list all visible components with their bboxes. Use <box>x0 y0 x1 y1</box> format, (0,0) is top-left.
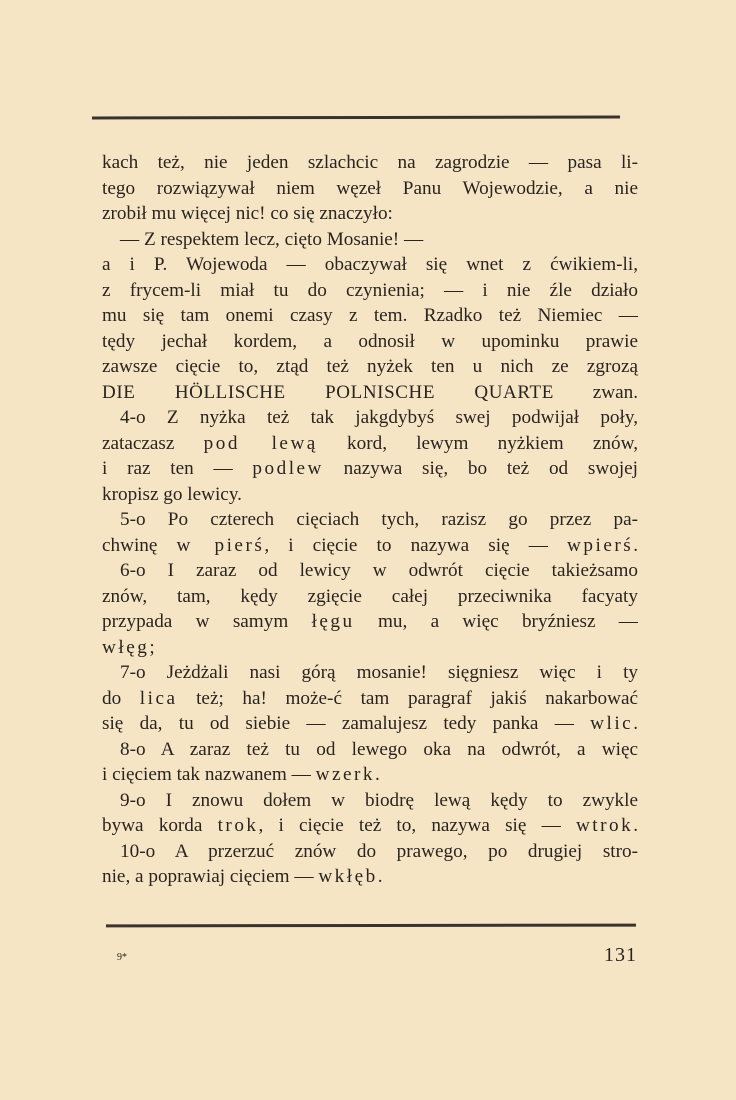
paragraph-9-start: 9-o I znowu dołem w biodrę lewą kędy to … <box>102 788 638 814</box>
spaced-term: w pierś <box>177 535 265 556</box>
spaced-term: wpierś <box>567 535 633 556</box>
text-fragment: kord, lewym nyżkiem znów, <box>318 433 638 454</box>
paragraph-8-start: 8-o A zaraz też tu od lewego oka na odwr… <box>102 737 638 763</box>
text-line: i cięciem tak nazwanem — wzerk. <box>102 762 638 788</box>
text-line: zataczasz pod lewą kord, lewym nyżkiem z… <box>102 431 638 457</box>
spaced-term: wkłęb <box>318 866 377 887</box>
text-line: i raz ten — podlew nazywa się, bo też od… <box>102 456 638 482</box>
page-body-text: kach też, nie jeden szlachcic na zagrodz… <box>102 150 638 890</box>
text-fragment: chwinę <box>102 535 177 556</box>
text-fragment: przypada w samym <box>102 611 312 632</box>
spaced-term: łęgu <box>312 611 355 632</box>
text-line: tędy jechał kordem, a odnosił w upominku… <box>102 329 638 355</box>
spaced-term: wtrok <box>576 815 633 836</box>
spaced-term: wzerk <box>316 764 375 785</box>
paragraph-10-start: 10-o A przerzuć znów do prawego, po drug… <box>102 839 638 865</box>
text-line: tego rozwiązywał niem węzeł Panu Wojewod… <box>102 176 638 202</box>
text-line: mu się tam onemi czasy z tem. Rzadko też… <box>102 303 638 329</box>
text-fragment: ; <box>149 637 154 658</box>
text-line: przypada w samym łęgu mu, a więc bryźnie… <box>102 609 638 635</box>
text-fragment: nie, a poprawiaj cięciem — <box>102 866 318 887</box>
text-fragment: . <box>633 815 638 836</box>
text-line: chwinę w pierś, i cięcie to nazywa się —… <box>102 533 638 559</box>
text-fragment: , i cięcie to nazywa się — <box>264 535 567 556</box>
text-fragment: do <box>102 688 140 709</box>
quoted-line: — Z respektem lecz, cięto Mosanie! — <box>102 227 638 253</box>
text-line: znów, tam, kędy zgięcie całej przeciwnik… <box>102 584 638 610</box>
text-fragment: bywa korda <box>102 815 218 836</box>
spaced-term: pod lewą <box>204 433 318 454</box>
text-fragment: też; ha! może-ć tam paragraf jakiś nakar… <box>178 688 639 709</box>
text-line: kropisz go lewicy. <box>102 482 638 508</box>
spaced-term: wlic <box>590 713 633 734</box>
text-line: włęg; <box>102 635 638 661</box>
text-fragment: . <box>378 866 383 887</box>
text-fragment: i raz ten — <box>102 458 252 479</box>
text-line: kach też, nie jeden szlachcic na zagrodz… <box>102 150 638 176</box>
text-fragment: zataczasz <box>102 433 204 454</box>
text-line: bywa korda trok, i cięcie też to, nazywa… <box>102 813 638 839</box>
spaced-term: trok <box>218 815 259 836</box>
text-fragment: nazywa się, bo też od swojej <box>324 458 638 479</box>
text-fragment: . <box>375 764 380 785</box>
top-rule <box>92 116 620 120</box>
spaced-term: włęg <box>102 637 149 658</box>
text-line: z frycem-li miał tu do czynienia; — i ni… <box>102 278 638 304</box>
paragraph-6-start: 6-o I zaraz od lewicy w odwrót cięcie ta… <box>102 558 638 584</box>
text-fragment: , i cięcie też to, nazywa się — <box>259 815 576 836</box>
text-line: zrobił mu więcej nic! co się znaczyło: <box>102 201 638 227</box>
text-line: a i P. Wojewoda — obaczywał się wnet z ć… <box>102 252 638 278</box>
bottom-rule <box>106 924 636 928</box>
paragraph-4-start: 4-o Z nyżka też tak jakgdybyś swej podwi… <box>102 405 638 431</box>
text-fragment: i cięciem tak nazwanem — <box>102 764 316 785</box>
spaced-term: podlew <box>252 458 324 479</box>
text-line: DIE HÖLLISCHE POLNISCHE QUARTE zwan. <box>102 380 638 406</box>
text-fragment: . <box>633 713 638 734</box>
text-line: do lica też; ha! może-ć tam paragraf jak… <box>102 686 638 712</box>
paragraph-5-start: 5-o Po czterech cięciach tych, razisz go… <box>102 507 638 533</box>
page-number: 131 <box>604 944 637 967</box>
signature-mark: 9* <box>117 952 127 963</box>
text-fragment: mu, a więc bryźniesz — <box>355 611 638 632</box>
text-fragment: zwan. <box>554 382 638 403</box>
paragraph-7-start: 7-o Jeżdżali nasi górą mosanie! sięgnies… <box>102 660 638 686</box>
text-line: nie, a poprawiaj cięciem — wkłęb. <box>102 864 638 890</box>
spaced-term: lica <box>140 688 178 709</box>
text-line: zawsze cięcie to, ztąd też nyżek ten u n… <box>102 354 638 380</box>
text-line: się da, tu od siebie — zamalujesz tedy p… <box>102 711 638 737</box>
text-fragment: się da, tu od siebie — zamalujesz tedy p… <box>102 713 590 734</box>
small-caps-phrase: DIE HÖLLISCHE POLNISCHE QUARTE <box>102 382 554 403</box>
text-fragment: . <box>633 535 638 556</box>
